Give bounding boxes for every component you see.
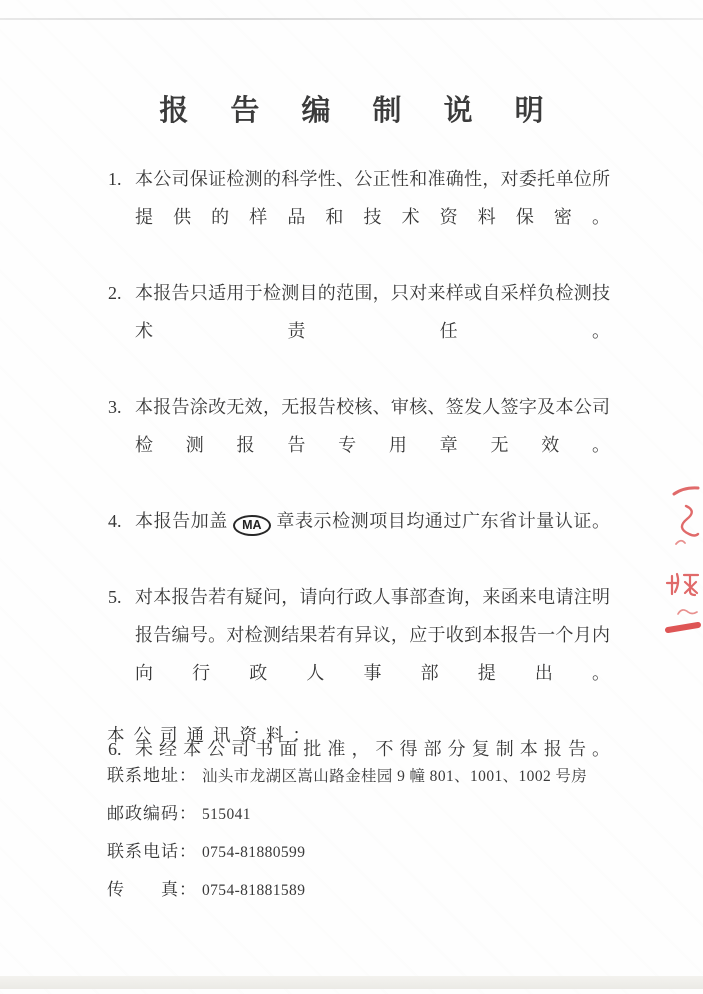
list-item: 4. 本报告加盖MA章表示检测项目均通过广东省计量认证。	[108, 502, 610, 578]
contact-label: 邮政编码：	[107, 799, 197, 824]
contact-value: 汕头市龙湖区嵩山路金桂园 9 幢 801、1001、1002 号房	[202, 764, 587, 786]
red-handwriting-mark-2	[662, 570, 702, 636]
contact-label: 传 真：	[107, 875, 197, 900]
list-item-number: 1.	[108, 160, 135, 274]
list-item-number: 4.	[108, 502, 135, 578]
contact-row-postcode: 邮政编码： 515041	[107, 799, 627, 837]
notes-list: 1. 本公司保证检测的科学性、公正性和准确性，对委托单位所提供的样品和技术资料保…	[108, 160, 610, 806]
page-title: 报 告 编 制 说 明	[0, 88, 703, 129]
scan-artifact-top-line	[0, 18, 703, 20]
list-item-number: 2.	[108, 274, 135, 388]
list-item: 3. 本报告涂改无效，无报告校核、审核、签发人签字及本公司检测报告专用章无效。	[108, 388, 610, 502]
contact-label: 联系电话：	[107, 837, 197, 862]
list-item-text: 本报告涂改无效，无报告校核、审核、签发人签字及本公司检测报告专用章无效。	[135, 388, 610, 502]
list-item-text: 本报告加盖MA章表示检测项目均通过广东省计量认证。	[135, 502, 610, 578]
contact-row-address: 联系地址： 汕头市龙湖区嵩山路金桂园 9 幢 801、1001、1002 号房	[107, 761, 627, 799]
list-item: 1. 本公司保证检测的科学性、公正性和准确性，对委托单位所提供的样品和技术资料保…	[108, 160, 610, 274]
contact-row-fax: 传 真： 0754-81881589	[107, 875, 627, 913]
list-item-number: 5.	[108, 578, 135, 730]
scanned-report-notes-page: 报 告 编 制 说 明 1. 本公司保证检测的科学性、公正性和准确性，对委托单位…	[0, 0, 703, 994]
list-item-text: 本公司保证检测的科学性、公正性和准确性，对委托单位所提供的样品和技术资料保密。	[135, 160, 610, 274]
list-item-text-suffix: 章表示检测项目均通过广东省计量认证。	[276, 511, 610, 531]
contact-value: 0754-81881589	[202, 882, 305, 900]
list-item: 2. 本报告只适用于检测目的范围，只对来样或自采样负检测技术责任。	[108, 274, 610, 388]
contact-header: 本公司通讯资料：	[107, 722, 627, 747]
red-handwriting-mark-1	[668, 482, 702, 554]
list-item-text: 本报告只适用于检测目的范围，只对来样或自采样负检测技术责任。	[135, 274, 610, 388]
contact-info-block: 本公司通讯资料： 联系地址： 汕头市龙湖区嵩山路金桂园 9 幢 801、1001…	[107, 722, 627, 913]
list-item-text-prefix: 本报告加盖	[135, 511, 228, 531]
list-item-number: 3.	[108, 388, 135, 502]
list-item-text: 对本报告若有疑问，请向行政人事部查询，来函来电请注明报告编号。对检测结果若有异议…	[135, 578, 610, 730]
cma-certification-mark-icon: MA	[233, 515, 271, 536]
list-item: 5. 对本报告若有疑问，请向行政人事部查询，来函来电请注明报告编号。对检测结果若…	[108, 578, 610, 730]
scan-artifact-bottom-band	[0, 976, 703, 989]
contact-value: 0754-81880599	[202, 844, 305, 862]
contact-row-phone: 联系电话： 0754-81880599	[107, 837, 627, 875]
contact-label: 联系地址：	[107, 761, 197, 786]
contact-value: 515041	[202, 806, 251, 824]
